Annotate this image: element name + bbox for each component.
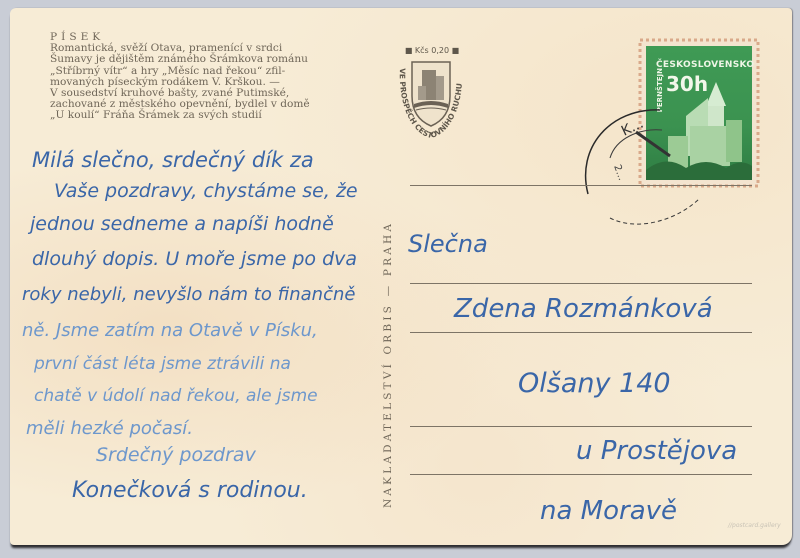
stamp-value: 30h: [666, 72, 708, 96]
message-line: Vaše pozdravy, chystáme se, že: [54, 180, 358, 202]
address-city: u Prostějova: [576, 436, 737, 466]
message-line: roky nebyli, nevyšlo nám to finančně: [22, 284, 355, 305]
printed-line: Šumavy je dějištěm známého Šrámkova romá…: [50, 54, 350, 65]
message-closing: Srdečný pozdrav: [96, 444, 256, 466]
address-street: Olšany 140: [518, 368, 671, 399]
address-line: [410, 283, 752, 284]
castle-tower-shield-icon: VE PROSPĚCH CESTOVNÍHO RUCHU: [392, 46, 470, 146]
address-line: [410, 185, 752, 186]
message-signature: Konečková s rodinou.: [72, 478, 308, 503]
address-salutation: Slečna: [408, 230, 488, 258]
address-line: [410, 474, 752, 475]
message-line: měli hezké počasí.: [26, 418, 193, 439]
message-line: první část léta jsme ztrávili na: [34, 354, 291, 374]
printed-description: PÍSEK Romantická, svěží Otava, pramenící…: [50, 32, 350, 122]
address-name: Zdena Rozmánková: [454, 294, 713, 324]
printed-line: „U koulí“ Fráňa Šrámek za svých studií: [50, 110, 350, 121]
address-line: [410, 332, 752, 333]
postmark-date: 2...: [611, 163, 627, 182]
postmark-cancellation: K... 2...: [570, 98, 720, 238]
message-line: dlouhý dopis. U moře jsme po dva: [32, 248, 357, 270]
tourism-cachet: ■ Kčs 0,20 ■ VE PROSPĚCH CESTOVNÍHO RUCH…: [392, 46, 470, 146]
watermark: //postcard.gallery: [728, 522, 781, 529]
message-line: chatě v údolí nad řekou, ale jsme: [34, 386, 318, 406]
message-line: Milá slečno, srdečný dík za: [32, 148, 314, 172]
address-region: na Moravě: [540, 496, 677, 526]
publisher-imprint: NAKLADATELSTVÍ ORBIS — PRAHA: [382, 178, 394, 508]
stamp-country: ČESKOSLOVENSKO: [656, 60, 754, 70]
postcard-back: PÍSEK Romantická, svěží Otava, pramenící…: [10, 8, 792, 545]
message-line: jednou sedneme a napíši hodně: [30, 213, 334, 235]
message-line: ně. Jsme zatím na Otavě v Písku,: [22, 320, 318, 341]
cachet-price: ■ Kčs 0,20 ■: [400, 46, 464, 55]
address-line: [410, 426, 752, 427]
